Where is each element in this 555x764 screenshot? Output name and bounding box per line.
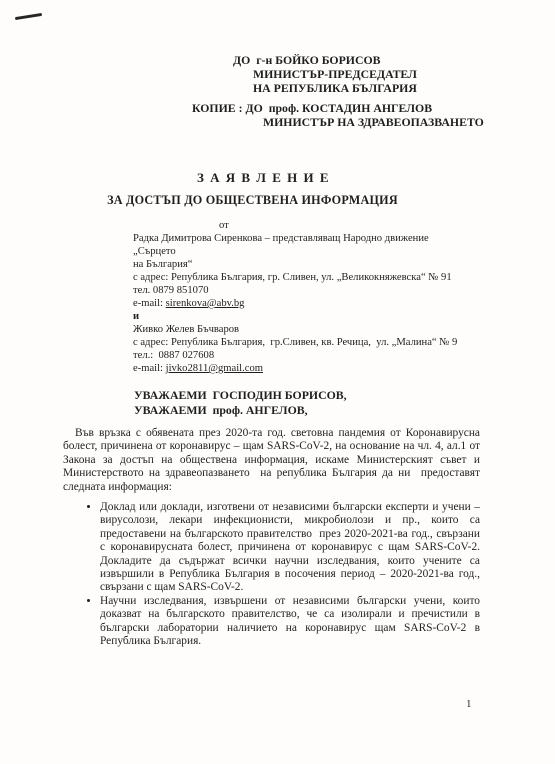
applicant1-name-line2: на България“	[133, 258, 469, 271]
addressee-title: МИНИСТЪР-ПРЕДСЕДАТЕЛ	[233, 67, 417, 81]
applicant2-name: Живко Желев Бъчваров	[133, 323, 469, 336]
request-list: Доклад или доклади, изготвени от независ…	[81, 501, 480, 648]
copy-addressee-block: КОПИЕ : ДО проф. КОСТАДИН АНГЕЛОВ МИНИСТ…	[192, 101, 484, 129]
copy-title: МИНИСТЪР НА ЗДРАВЕОПАЗВАНЕТО	[192, 115, 484, 129]
applicant2-phone: тел.: 0887 027608	[133, 349, 469, 362]
applicant1-phone: тел. 0879 851070	[133, 284, 469, 297]
scan-artifact-mark	[15, 13, 42, 20]
request-item: Научни изследвания, извършени от независ…	[100, 595, 480, 649]
from-label: от	[219, 220, 229, 231]
addressee-line: ДО г-н БОЙКО БОРИСОВ	[233, 53, 417, 67]
salutation-line-2: УВАЖАЕМИ проф. АНГЕЛОВ,	[134, 403, 347, 418]
applicant1-email-link[interactable]: sirenkova@abv.bg	[166, 298, 245, 309]
addressee-country: НА РЕПУБЛИКА БЪЛГАРИЯ	[233, 81, 417, 95]
addressee-block: ДО г-н БОЙКО БОРИСОВ МИНИСТЪР-ПРЕДСЕДАТЕ…	[233, 53, 417, 95]
copy-name: проф. КОСТАДИН АНГЕЛОВ	[269, 101, 432, 115]
copy-label: КОПИЕ : ДО	[192, 101, 263, 115]
request-items: Доклад или доклади, изготвени от независ…	[81, 501, 480, 648]
applicant1-address: с адрес: Република България, гр. Сливен,…	[133, 271, 469, 284]
copy-line: КОПИЕ : ДО проф. КОСТАДИН АНГЕЛОВ	[192, 101, 484, 115]
applicant2-email-line: e-mail: jivko2811@gmail.com	[133, 362, 469, 375]
page-number: 1	[466, 698, 472, 710]
applicant1-email-line: e-mail: sirenkova@abv.bg	[133, 297, 469, 310]
applicant2-email-label: e-mail:	[133, 363, 163, 374]
addressee-label: ДО	[233, 53, 250, 67]
scanned-document-page: ДО г-н БОЙКО БОРИСОВ МИНИСТЪР-ПРЕДСЕДАТЕ…	[0, 0, 555, 764]
applicants-conjunction: и	[133, 310, 469, 323]
document-subtitle: ЗА ДОСТЪП ДО ОБЩЕСТВЕНА ИНФОРМАЦИЯ	[0, 193, 505, 208]
applicant2-address: с адрес: Република България, гр.Сливен, …	[133, 336, 469, 349]
addressee-name: г-н БОЙКО БОРИСОВ	[256, 53, 380, 67]
salutation-block: УВАЖАЕМИ ГОСПОДИН БОРИСОВ, УВАЖАЕМИ проф…	[134, 388, 347, 417]
request-item: Доклад или доклади, изготвени от независ…	[100, 501, 480, 595]
salutation-line-1: УВАЖАЕМИ ГОСПОДИН БОРИСОВ,	[134, 388, 347, 403]
applicant1-email-label: e-mail:	[133, 298, 163, 309]
body-paragraph: Във връзка с обявената през 2020-та год.…	[63, 427, 480, 494]
applicant2-email-link[interactable]: jivko2811@gmail.com	[166, 363, 263, 374]
applicants-block: Радка Димитрова Сиренкова – представлява…	[133, 232, 469, 375]
applicant1-name-line1: Радка Димитрова Сиренкова – представлява…	[133, 232, 469, 258]
document-title: З А Я В Л Е Н И Е	[0, 170, 527, 186]
